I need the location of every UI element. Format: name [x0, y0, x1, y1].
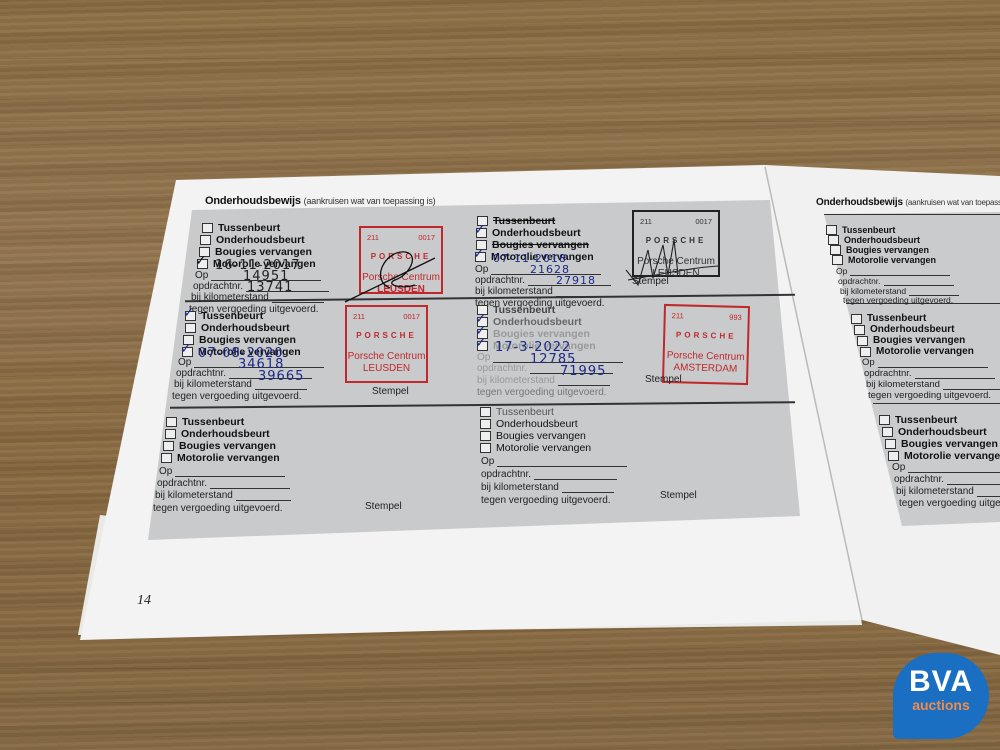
label: opdrachtnr.: [157, 478, 207, 489]
handwritten-mileage: 13741: [247, 280, 293, 295]
footer-text: tegen vergoeding uitgevoerd.: [172, 391, 302, 402]
footer-text: tegen vergoeding uitgevoerd.: [481, 495, 611, 506]
label: Bougies vervangen: [215, 246, 312, 258]
order-field[interactable]: opdrachtnr.: [894, 474, 1000, 485]
checkbox-tussenbeurt[interactable]: Tussenbeurt: [477, 215, 555, 227]
checkbox-motorolie[interactable]: Motorolie vervangen: [161, 452, 280, 464]
label: Tussenbeurt: [182, 416, 244, 428]
label: Bougies vervangen: [493, 328, 590, 340]
label: Motorolie vervangen: [496, 442, 591, 454]
label: tegen vergoeding uitgevoerd.: [481, 495, 611, 506]
checkbox-tussenbeurt[interactable]: Tussenbeurt: [851, 313, 926, 324]
checkbox-onderhoudsbeurt[interactable]: Onderhoudsbeurt: [165, 428, 270, 440]
label: opdrachtnr.: [864, 368, 912, 379]
label: tegen vergoeding uitgevoerd.: [172, 391, 302, 402]
stamp-line: LEUSDEN: [363, 363, 410, 374]
checkbox-motorolie[interactable]: Motorolie vervangen: [480, 442, 591, 454]
right-page-title: Onderhoudsbewijs (aankruisen wat van toe…: [816, 197, 1000, 208]
stamp-dealer: Porsche CentrumLEUSDEN: [347, 351, 426, 375]
label: Tussenbeurt: [842, 225, 895, 235]
label: Bougies vervangen: [873, 335, 965, 346]
porsche-logo: PORSCHE: [353, 332, 420, 339]
label: tegen vergoeding uitgevoerd.: [899, 498, 1000, 509]
stamp-code: 211: [640, 217, 652, 226]
checkbox-tussenbeurt[interactable]: Tussenbeurt: [202, 222, 280, 234]
checkbox-bougies[interactable]: Bougies vervangen: [885, 438, 998, 450]
checkbox-onderhoudsbeurt[interactable]: ✓Onderhoudsbeurt: [476, 227, 581, 239]
stamp-line: AMSTERDAM: [673, 362, 737, 375]
label: Motorolie vervangen: [177, 452, 280, 464]
label: bij kilometerstand: [155, 490, 233, 501]
date-field[interactable]: Op: [862, 357, 988, 368]
porsche-logo: PORSCHE: [671, 331, 741, 340]
label: tegen vergoeding uitgevoerd.: [477, 387, 607, 398]
mileage-field[interactable]: bij kilometerstand: [896, 486, 1000, 497]
stamp-code: 0017: [403, 312, 420, 321]
checkbox-tussenbeurt[interactable]: Tussenbeurt: [480, 406, 554, 418]
page-number: 14: [137, 593, 151, 609]
order-field[interactable]: opdrachtnr.: [157, 478, 290, 489]
label: bij kilometerstand: [481, 482, 559, 493]
date-field[interactable]: Op: [892, 462, 1000, 473]
checkbox-motorolie[interactable]: Motorolie vervangen: [888, 450, 1000, 462]
label: Motorolie vervangen: [904, 450, 1000, 462]
date-field[interactable]: Op: [481, 456, 627, 467]
date-field[interactable]: Op: [159, 466, 285, 477]
label: Tussenbeurt: [493, 304, 555, 316]
stempel-label: Stempel: [365, 501, 402, 512]
label: Bougies vervangen: [179, 440, 276, 452]
label: Onderhoudsbeurt: [493, 316, 582, 328]
dealer-stamp: 211 0017 PORSCHE Porsche CentrumLEUSDEN: [345, 305, 428, 383]
checkbox-onderhoudsbeurt[interactable]: Onderhoudsbeurt: [200, 234, 305, 246]
label: Tussenbeurt: [895, 414, 957, 426]
label: Onderhoudsbeurt: [181, 428, 270, 440]
checkbox-tussenbeurt[interactable]: ✓Tussenbeurt: [185, 310, 263, 322]
stamp-line: Porsche Centrum: [667, 350, 745, 363]
checkbox-onderhoudsbeurt[interactable]: Onderhoudsbeurt: [882, 426, 987, 438]
label: Op: [477, 352, 490, 363]
check-icon: ✓: [473, 246, 485, 262]
checkbox-bougies[interactable]: Bougies vervangen: [183, 334, 296, 346]
order-field[interactable]: opdrachtnr.: [864, 368, 995, 379]
mileage-field[interactable]: bij kilometerstand: [866, 379, 1000, 390]
logo-tagline: auctions: [893, 697, 989, 713]
label: Onderhoudsbeurt: [870, 324, 954, 335]
checkbox-motorolie[interactable]: Motorolie vervangen: [832, 255, 936, 265]
stempel-label: Stempel: [372, 386, 409, 397]
stamp-dealer: Porsche CentrumAMSTERDAM: [664, 350, 747, 376]
checkbox-bougies[interactable]: Bougies vervangen: [857, 335, 965, 346]
label: Onderhoudsbeurt: [496, 418, 578, 430]
label: Bougies vervangen: [496, 430, 586, 442]
checkbox-tussenbeurt[interactable]: Tussenbeurt: [826, 225, 895, 235]
label: bij kilometerstand: [866, 379, 940, 390]
label: Tussenbeurt: [201, 310, 263, 322]
label: Motorolie vervangen: [848, 255, 936, 265]
checkbox-tussenbeurt[interactable]: Tussenbeurt: [477, 304, 555, 316]
divider: [824, 214, 1000, 215]
label: Op: [475, 264, 488, 275]
stamp-line: Porsche Centrum: [348, 351, 426, 362]
checkbox-onderhoudsbeurt[interactable]: ✓Onderhoudsbeurt: [477, 316, 582, 328]
footer-text: tegen vergoeding uitgevoerd.: [868, 390, 991, 401]
stempel-label: Stempel: [632, 276, 669, 287]
stempel-label: Stempel: [645, 374, 682, 385]
footer-text: tegen vergoeding uitgevoerd.: [843, 295, 953, 305]
title-text: Onderhoudsbewijs: [816, 197, 903, 208]
stamp-code: 0017: [695, 217, 712, 226]
label: Op: [892, 462, 905, 473]
label: opdrachtnr.: [475, 275, 525, 286]
label: Tussenbeurt: [493, 215, 555, 227]
label: Tussenbeurt: [218, 222, 280, 234]
label: opdrachtnr.: [894, 474, 944, 485]
label: opdrachtnr.: [477, 363, 527, 374]
label: opdrachtnr.: [481, 469, 531, 480]
label: opdrachtnr.: [176, 368, 226, 379]
footer-text: tegen vergoeding uitgevoerd.: [477, 387, 607, 398]
label: Onderhoudsbeurt: [898, 426, 987, 438]
label: Op: [862, 357, 875, 368]
mileage-field[interactable]: bij kilometerstand: [155, 490, 291, 501]
label: bij kilometerstand: [896, 486, 974, 497]
mileage-field[interactable]: bij kilometerstand: [475, 286, 608, 297]
stempel-label: Stempel: [660, 490, 697, 501]
label: Op: [481, 456, 494, 467]
divider: [873, 403, 1000, 404]
label: tegen vergoeding uitgevoerd.: [153, 503, 283, 514]
handwritten-mileage: 71995: [560, 364, 606, 379]
footer-text: tegen vergoeding uitgevoerd.: [899, 498, 1000, 509]
label: opdrachtnr.: [193, 281, 243, 292]
checkbox-bougies[interactable]: Bougies vervangen: [476, 239, 589, 251]
title-subtitle: (aankruisen wat van toepassing is): [304, 196, 436, 206]
page-title: Onderhoudsbewijs (aankruisen wat van toe…: [205, 195, 435, 207]
bva-auctions-logo: BVA auctions: [893, 653, 989, 739]
label: tegen vergoeding uitgevoerd.: [868, 390, 991, 401]
checkbox-bougies[interactable]: ✓Bougies vervangen: [477, 328, 590, 340]
label: Onderhoudsbeurt: [844, 235, 920, 245]
checkbox-tussenbeurt[interactable]: Tussenbeurt: [166, 416, 244, 428]
title-subtitle: (aankruisen wat van toepassing is): [905, 198, 1000, 207]
label: Bougies vervangen: [901, 438, 998, 450]
signature-icon: [340, 240, 470, 310]
label: Onderhoudsbeurt: [492, 227, 581, 239]
check-icon: ✓: [195, 253, 207, 269]
label: bij kilometerstand: [477, 375, 555, 386]
stamp-code: 211: [353, 312, 365, 321]
label: Op: [159, 466, 172, 477]
logo-brand: BVA: [893, 667, 989, 697]
label: bij kilometerstand: [174, 379, 252, 390]
checkbox-bougies[interactable]: Bougies vervangen: [830, 245, 929, 255]
label: bij kilometerstand: [475, 286, 553, 297]
label: Motorolie vervangen: [876, 346, 974, 357]
label: Bougies vervangen: [199, 334, 296, 346]
checkbox-motorolie[interactable]: Motorolie vervangen: [860, 346, 974, 357]
mileage-field[interactable]: bij kilometerstand: [481, 482, 614, 493]
handwritten-mileage: 27918: [556, 274, 596, 287]
label: Tussenbeurt: [867, 313, 926, 324]
order-field[interactable]: opdrachtnr.: [481, 469, 617, 480]
check-icon: ✓: [474, 222, 486, 238]
title-text: Onderhoudsbewijs: [205, 195, 301, 207]
label: Op: [178, 357, 191, 368]
checkbox-onderhoudsbeurt[interactable]: Onderhoudsbeurt: [480, 418, 578, 430]
label: Op: [195, 270, 208, 281]
label: Onderhoudsbeurt: [201, 322, 290, 334]
stamp-code: 993: [729, 313, 742, 322]
label: Bougies vervangen: [846, 245, 929, 255]
checkbox-bougies[interactable]: Bougies vervangen: [480, 430, 586, 442]
label: Bougies vervangen: [492, 239, 589, 251]
check-icon: ✓: [475, 335, 487, 351]
checkbox-onderhoudsbeurt[interactable]: Onderhoudsbeurt: [828, 235, 920, 245]
checkbox-onderhoudsbeurt[interactable]: Onderhoudsbeurt: [185, 322, 290, 334]
label: tegen vergoeding uitgevoerd.: [843, 295, 953, 305]
checkbox-tussenbeurt[interactable]: Tussenbeurt: [879, 414, 957, 426]
check-icon: ✓: [180, 341, 192, 357]
label: Onderhoudsbeurt: [216, 234, 305, 246]
stamp-code: 211: [672, 311, 684, 320]
checkbox-bougies[interactable]: Bougies vervangen: [199, 246, 312, 258]
dealer-stamp: 211 993 PORSCHE Porsche CentrumAMSTERDAM: [662, 304, 750, 385]
label: Tussenbeurt: [496, 406, 554, 418]
checkbox-bougies[interactable]: Bougies vervangen: [163, 440, 276, 452]
checkbox-onderhoudsbeurt[interactable]: Onderhoudsbeurt: [854, 324, 954, 335]
check-icon: ✓: [183, 305, 195, 321]
footer-text: tegen vergoeding uitgevoerd.: [153, 503, 283, 514]
handwritten-mileage: 39665: [258, 369, 304, 384]
